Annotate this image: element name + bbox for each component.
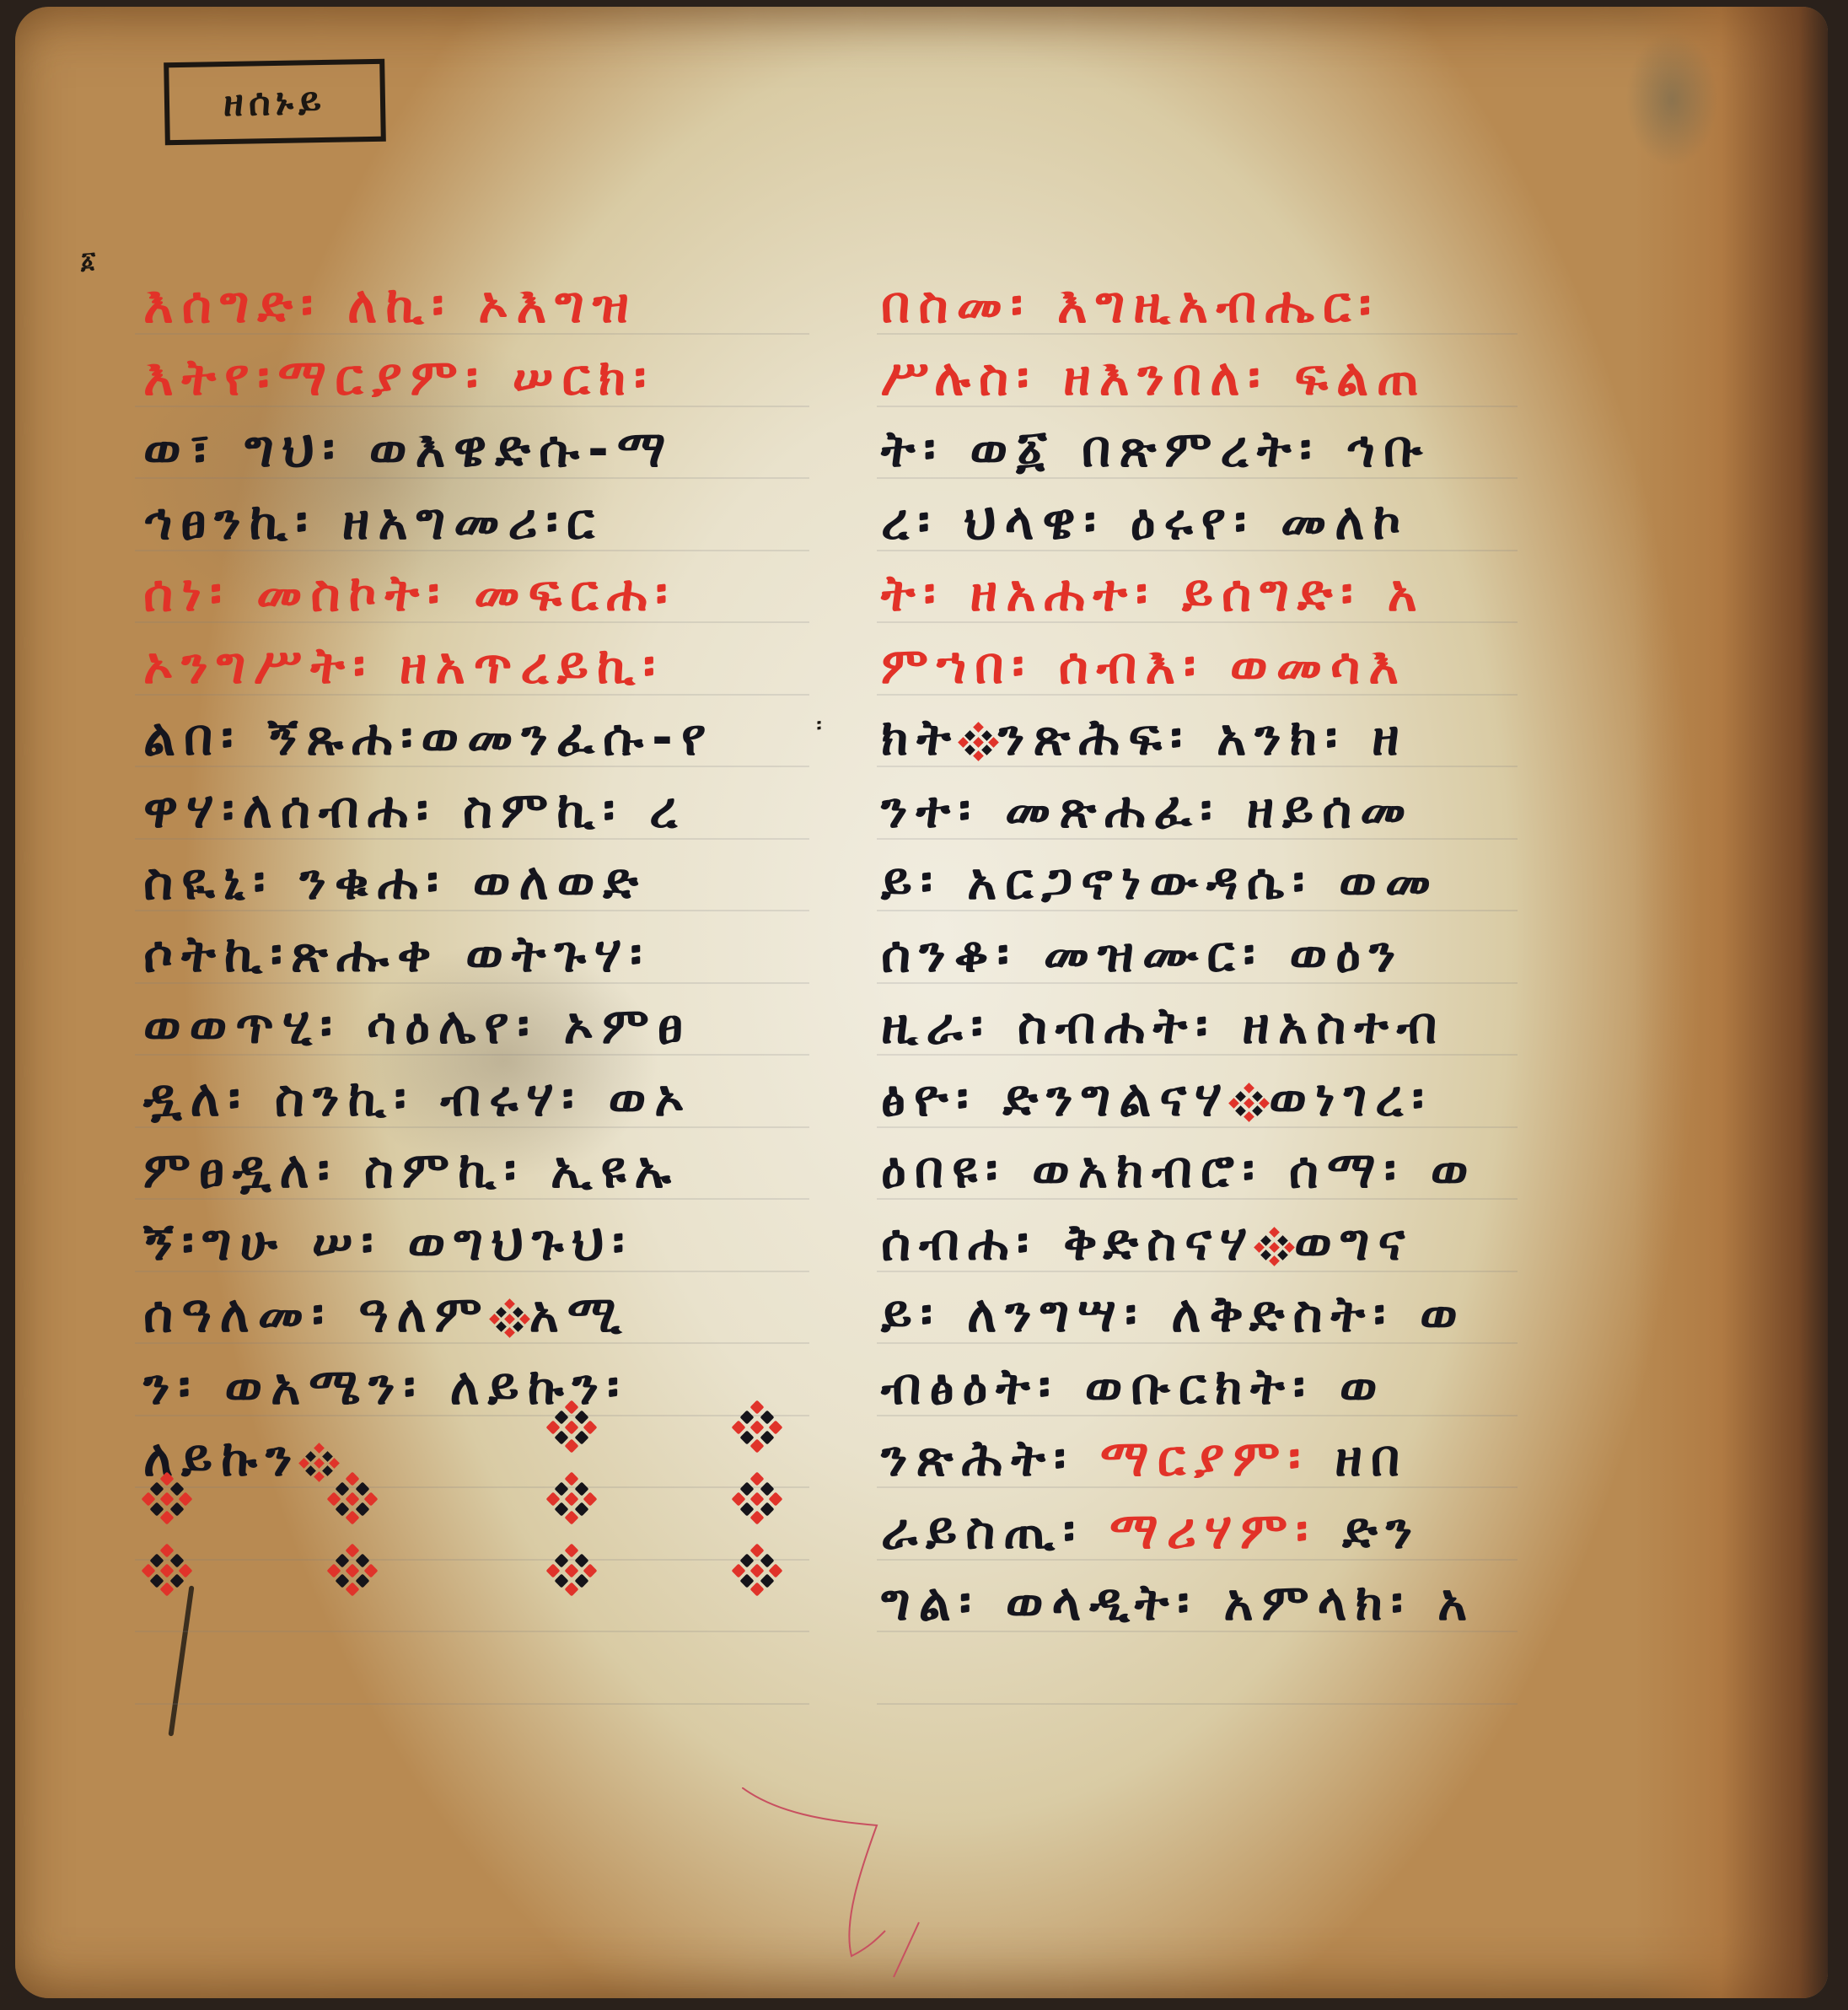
rubric-text: ማሪሃም፡: [1109, 1502, 1316, 1561]
text-line: ሥሉስ፡ ዘእንበለ፡ ፍልጠ: [881, 342, 1522, 415]
line-text: ኅፀንኪ፡ ዘአግመሪ፡ር: [143, 492, 603, 551]
line-text: ሰዓለመ፡ ዓለም: [143, 1285, 491, 1344]
margin-mark: ፡: [816, 711, 822, 740]
left-column: እሰግድ፡ ለኪ፡ ኦእግዝእትየ፡ማርያም፡ ሠርክ፡ወ፣ ግህ፡ ወእዌድሱ…: [143, 270, 809, 1496]
line-text: ዷለ፡ ስንኪ፡ ብሩሃ፡ ወኦ: [143, 1069, 692, 1128]
ornament-block: [143, 1395, 784, 1610]
line-text: ሰነ፡ መስኮት፡ መፍርሐ፡: [143, 564, 676, 623]
parchment-edge: [1634, 7, 1828, 1998]
line-text: ስዪኒ፡ ንቁሐ፡ ወለወድ: [143, 852, 647, 911]
stain: [1625, 32, 1718, 167]
ornament-separator: [491, 1300, 529, 1334]
text-line: ት፡ ዘአሐተ፡ ይሰግድ፡ አ: [881, 558, 1522, 631]
line-text: ምፀዷለ፡ ስምኪ፡ ኢዩኡ: [143, 1141, 680, 1200]
ruling-line: [135, 1631, 809, 1632]
ornament-separator: [1230, 1084, 1269, 1118]
ornament-cluster: [143, 1545, 191, 1593]
folio-number: ፩: [81, 246, 95, 275]
ornament-cluster: [548, 1474, 595, 1521]
ornament-cluster: [143, 1474, 191, 1521]
text-line: ሰንቆ፡ መዝሙር፡ ወዕን: [881, 919, 1522, 992]
ornament-cluster: [548, 1545, 595, 1593]
text-line: ኦንግሥት፡ ዘአጥረይኪ፡: [143, 631, 809, 703]
line-text: ረ፡ ህላዌ፡ ዕሩየ፡ መለኮ: [881, 492, 1410, 551]
line-text: ሰንቆ፡ መዝሙር፡ ወዕን: [881, 925, 1404, 984]
line-text: ራይስጢ፡: [881, 1502, 1109, 1561]
ornament-cluster: [329, 1545, 376, 1593]
ornament-cluster: [733, 1474, 781, 1521]
text-line: ንተ፡ መጽሐፈ፡ ዘይሰመ: [881, 775, 1522, 847]
rubric-text: በስመ፡ እግዚአብሔር፡: [881, 276, 1379, 335]
line-text: ወነገረ፡: [1269, 1069, 1432, 1128]
line-text: ፅዮ፡ ድንግልናሃ: [881, 1069, 1230, 1128]
line-text: እሰግድ፡ ለኪ፡ ኦእግዝ: [143, 276, 637, 335]
text-line: ሰነ፡ መስኮት፡ መፍርሐ፡: [143, 558, 809, 631]
text-line: ስዪኒ፡ ንቁሐ፡ ወለወድ: [143, 846, 809, 919]
line-text: ዚራ፡ ስብሐት፡ ዘአስተብ: [881, 997, 1445, 1056]
line-text: ክት: [881, 708, 959, 767]
text-line: በስመ፡ እግዚአብሔር፡: [881, 270, 1522, 342]
text-line: ኅፀንኪ፡ ዘአግመሪ፡ር: [143, 486, 809, 559]
line-text: ንተ፡ መጽሐፈ፡ ዘይሰመ: [881, 781, 1415, 840]
text-line: ረ፡ ህላዌ፡ ዕሩየ፡ መለኮ: [881, 486, 1522, 559]
ornament-cluster: [733, 1545, 781, 1593]
line-text: ድን: [1316, 1502, 1421, 1561]
line-text: ግል፡ ወላዲት፡ አምላክ፡ አ: [881, 1573, 1475, 1632]
line-text: ወ፣ ግህ፡ ወእዌድሱ-ማ: [143, 420, 674, 479]
header-box: ዘሰኑይ: [164, 59, 386, 146]
text-line: ዋሃ፡ለሰብሐ፡ ስምኪ፡ ረ: [143, 775, 809, 847]
text-line: ንጽሕት፡ ማርያም፡ ዘበ: [881, 1423, 1522, 1496]
line-text: ብፅዕት፡ ወቡርክት፡ ወ: [881, 1357, 1385, 1416]
text-line: ምኀበ፡ ሰብእ፡ ወመሳእ: [881, 631, 1522, 703]
rubric-text: ማርያም፡: [1100, 1429, 1308, 1488]
text-line: ዚራ፡ ስብሐት፡ ዘአስተብ: [881, 991, 1522, 1063]
ruling-line: [877, 1703, 1518, 1705]
line-text: አሚ: [529, 1285, 630, 1344]
rubric-text: ምኀበ፡ ሰብእ፡ ወመሳእ: [881, 637, 1407, 696]
line-text: ኝ፡ግሁ ሠ፡ ወግህጉህ፡: [143, 1213, 633, 1272]
ornament-separator: [959, 723, 998, 757]
text-line: እሰግድ፡ ለኪ፡ ኦእግዝ: [143, 270, 809, 342]
line-text: ሰብሐ፡ ቅድስናሃ: [881, 1213, 1255, 1272]
line-text: ት፡ ወ፩ በጽምረት፡ ኅቡ: [881, 420, 1431, 479]
rubric-text: ሥሉስ፡ ዘእንበለ፡ ፍልጠ: [881, 348, 1427, 407]
line-text: ዘበ: [1308, 1429, 1408, 1488]
text-line: ኝ፡ግሁ ሠ፡ ወግህጉህ፡: [143, 1207, 809, 1280]
text-line: ወ፣ ግህ፡ ወእዌድሱ-ማ: [143, 414, 809, 486]
ornament-cluster: [733, 1402, 781, 1449]
line-text: ወወጥሂ፡ ሳዕሌየ፡ ኦምፀ: [143, 997, 691, 1056]
text-line: ዷለ፡ ስንኪ፡ ብሩሃ፡ ወኦ: [143, 1063, 809, 1136]
text-line: ግል፡ ወላዲት፡ አምላክ፡ አ: [881, 1567, 1522, 1640]
line-text: ንጽሕፍ፡ አንክ፡ ዘ: [998, 708, 1408, 767]
line-text: ሶትኪ፡ጽሑቀ ወትጉሃ፡: [143, 925, 650, 984]
line-text: ይ፡ ለንግሣ፡ ለቅድስት፡ ወ: [881, 1285, 1466, 1344]
ruling-line: [135, 1703, 809, 1705]
text-line: እትየ፡ማርያም፡ ሠርክ፡: [143, 342, 809, 415]
ornament-separator: [1255, 1228, 1294, 1262]
line-text: ወግና: [1294, 1213, 1413, 1272]
text-line: ፅዮ፡ ድንግልናሃወነገረ፡: [881, 1063, 1522, 1136]
text-line: ምፀዷለ፡ ስምኪ፡ ኢዩኡ: [143, 1135, 809, 1207]
text-line: ልበ፡ ኝጹሐ፡ወመንፈሱ-የ: [143, 702, 809, 775]
text-line: ራይስጢ፡ ማሪሃም፡ ድን: [881, 1496, 1522, 1568]
rubric-text: ት፡ ዘአሐተ፡ ይሰግድ፡ አ: [881, 564, 1426, 623]
line-text: እትየ፡ማርያም፡ ሠርክ፡: [143, 348, 654, 407]
ornament-row: [143, 1395, 784, 1467]
text-line: ሰብሐ፡ ቅድስናሃወግና: [881, 1207, 1522, 1280]
line-text: ኦንግሥት፡ ዘአጥረይኪ፡: [143, 637, 663, 696]
right-column: በስመ፡ እግዚአብሔር፡ሥሉስ፡ ዘእንበለ፡ ፍልጠት፡ ወ፩ በጽምረት፡…: [881, 270, 1522, 1640]
ornament-row: [143, 1539, 784, 1610]
text-line: ክትንጽሕፍ፡ አንክ፡ ዘ: [881, 702, 1522, 775]
line-text: ይ፡ አርጋኖነውዳሴ፡ ወመ: [881, 852, 1439, 911]
line-text: ንጽሕት፡: [881, 1429, 1100, 1488]
text-line: ሶትኪ፡ጽሑቀ ወትጉሃ፡: [143, 919, 809, 992]
line-text: ልበ፡ ኝጹሐ፡ወመንፈሱ-የ: [143, 708, 714, 767]
line-text: ዋሃ፡ለሰብሐ፡ ስምኪ፡ ረ: [143, 781, 686, 840]
text-line: ብፅዕት፡ ወቡርክት፡ ወ: [881, 1352, 1522, 1424]
text-line: ት፡ ወ፩ በጽምረት፡ ኅቡ: [881, 414, 1522, 486]
line-text: ዕበዩ፡ ወአክብሮ፡ ሰማ፡ ወ: [881, 1141, 1477, 1200]
text-line: ዕበዩ፡ ወአክብሮ፡ ሰማ፡ ወ: [881, 1135, 1522, 1207]
red-pencil-mark: [742, 1787, 1020, 1981]
text-line: ይ፡ ለንግሣ፡ ለቅድስት፡ ወ: [881, 1279, 1522, 1352]
text-line: ይ፡ አርጋኖነውዳሴ፡ ወመ: [881, 846, 1522, 919]
ornament-cluster: [548, 1402, 595, 1449]
ornament-cluster: [329, 1474, 376, 1521]
ornament-row: [143, 1467, 784, 1539]
text-line: ሰዓለመ፡ ዓለምአሚ: [143, 1279, 809, 1352]
header-title: ዘሰኑይ: [223, 79, 326, 124]
text-line: ወወጥሂ፡ ሳዕሌየ፡ ኦምፀ: [143, 991, 809, 1063]
